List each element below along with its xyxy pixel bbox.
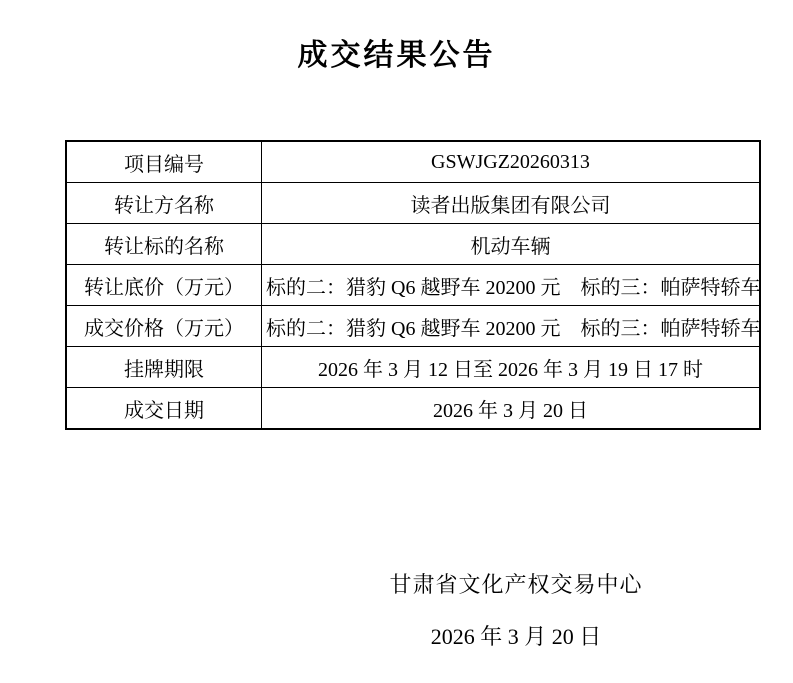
row-value-deal-price: 标的二：猎豹 Q6 越野车 20200 元 标的三：帕萨特轿车 28700 元: [262, 306, 761, 347]
row-label-deal-price: 成交价格（万元）: [66, 306, 262, 347]
row-value-project-number: GSWJGZ20260313: [262, 141, 761, 183]
row-label-floor-price: 转让底价（万元）: [66, 265, 262, 306]
table-row: 转让标的名称 机动车辆: [66, 224, 760, 265]
page-title: 成交结果公告: [0, 30, 793, 74]
row-value-deal-date: 2026 年 3 月 20 日: [262, 388, 761, 430]
row-value-transferor-name: 读者出版集团有限公司: [262, 183, 761, 224]
signature-organization: 甘肃省文化产权交易中心: [382, 568, 650, 599]
row-value-listing-period: 2026 年 3 月 12 日至 2026 年 3 月 19 日 17 时: [262, 347, 761, 388]
table-row: 转让方名称 读者出版集团有限公司: [66, 183, 760, 224]
table-row: 成交日期 2026 年 3 月 20 日: [66, 388, 760, 430]
row-value-floor-price: 标的二：猎豹 Q6 越野车 20200 元 标的三：帕萨特轿车 28700 元: [262, 265, 761, 306]
row-label-deal-date: 成交日期: [66, 388, 262, 430]
signature-block: 甘肃省文化产权交易中心 2026 年 3 月 20 日: [382, 568, 650, 651]
row-label-transferor-name: 转让方名称: [66, 183, 262, 224]
row-label-listing-period: 挂牌期限: [66, 347, 262, 388]
table-row: 成交价格（万元） 标的二：猎豹 Q6 越野车 20200 元 标的三：帕萨特轿车…: [66, 306, 760, 347]
signature-date: 2026 年 3 月 20 日: [382, 620, 650, 651]
table-row: 转让底价（万元） 标的二：猎豹 Q6 越野车 20200 元 标的三：帕萨特轿车…: [66, 265, 760, 306]
row-label-subject-name: 转让标的名称: [66, 224, 262, 265]
table-row: 项目编号 GSWJGZ20260313: [66, 141, 760, 183]
row-value-subject-name: 机动车辆: [262, 224, 761, 265]
announcement-table: 项目编号 GSWJGZ20260313 转让方名称 读者出版集团有限公司 转让标…: [65, 140, 761, 430]
row-label-project-number: 项目编号: [66, 141, 262, 183]
table-row: 挂牌期限 2026 年 3 月 12 日至 2026 年 3 月 19 日 17…: [66, 347, 760, 388]
